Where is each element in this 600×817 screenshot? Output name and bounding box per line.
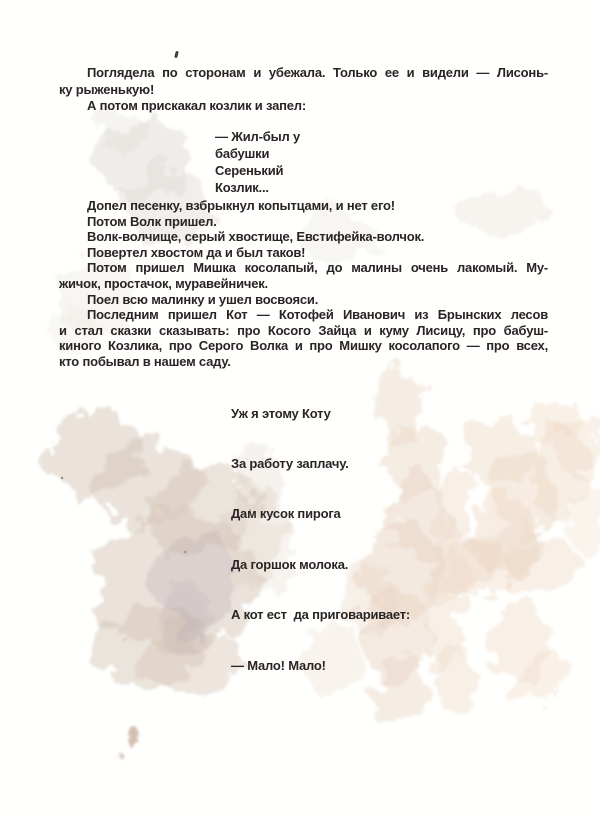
verse-line: А кот ест да приговаривает: <box>231 607 410 624</box>
text-line: Поел всю малинку и ушел восвояси. <box>59 292 548 308</box>
text-line: А потом прискакал козлик и запел: <box>59 98 548 115</box>
verse-cat-payment: Уж я этому Коту За работу заплачу. Дам к… <box>231 372 410 708</box>
text-line: киного Козлика, про Серого Волка и про М… <box>59 338 548 354</box>
verse-line: бабушки <box>215 145 300 162</box>
text-line: кто побывал в нашем саду. <box>59 354 548 370</box>
paragraph-2: Допел песенку, взбрыкнул копытцами, и не… <box>59 198 548 370</box>
verse-goat-song: — Жил-был у бабушки Серенький Козлик... <box>215 128 300 196</box>
verse-line: — Жил-был у <box>215 128 300 145</box>
paper-specks <box>61 477 251 554</box>
verse-line: Козлик... <box>215 179 300 196</box>
verse-line: Да горшок молока. <box>231 557 410 574</box>
text-line: Потом Волк пришел. <box>59 214 548 230</box>
text-line: Последним пришел Кот — Котофей Иванович … <box>59 307 548 323</box>
text-line: жичок, простачок, муравейничек. <box>59 276 548 292</box>
verse-line: Уж я этому Коту <box>231 406 410 423</box>
text-line: и стал сказки сказывать: про Косого Зайц… <box>59 323 548 339</box>
ink-speck <box>174 51 179 59</box>
verse-line: Серенький <box>215 162 300 179</box>
verse-line: Дам кусок пирога <box>231 506 410 523</box>
book-page: Поглядела по сторонам и убежала. Только … <box>0 0 600 817</box>
paragraph-1: Поглядела по сторонам и убежала. Только … <box>59 65 548 115</box>
verse-line: За работу заплачу. <box>231 456 410 473</box>
text-line: Потом пришел Мишка косолапый, до малины … <box>59 260 548 276</box>
text-line: Волк-волчище, серый хвостище, Евстифейка… <box>59 229 548 245</box>
verse-line: — Мало! Мало! <box>231 658 410 675</box>
text-line: Поглядела по сторонам и убежала. Только … <box>59 65 548 82</box>
text-line: Допел песенку, взбрыкнул копытцами, и не… <box>59 198 548 214</box>
text-line: ку рыженькую! <box>59 82 548 99</box>
text-line: Повертел хвостом да и был таков! <box>59 245 548 261</box>
